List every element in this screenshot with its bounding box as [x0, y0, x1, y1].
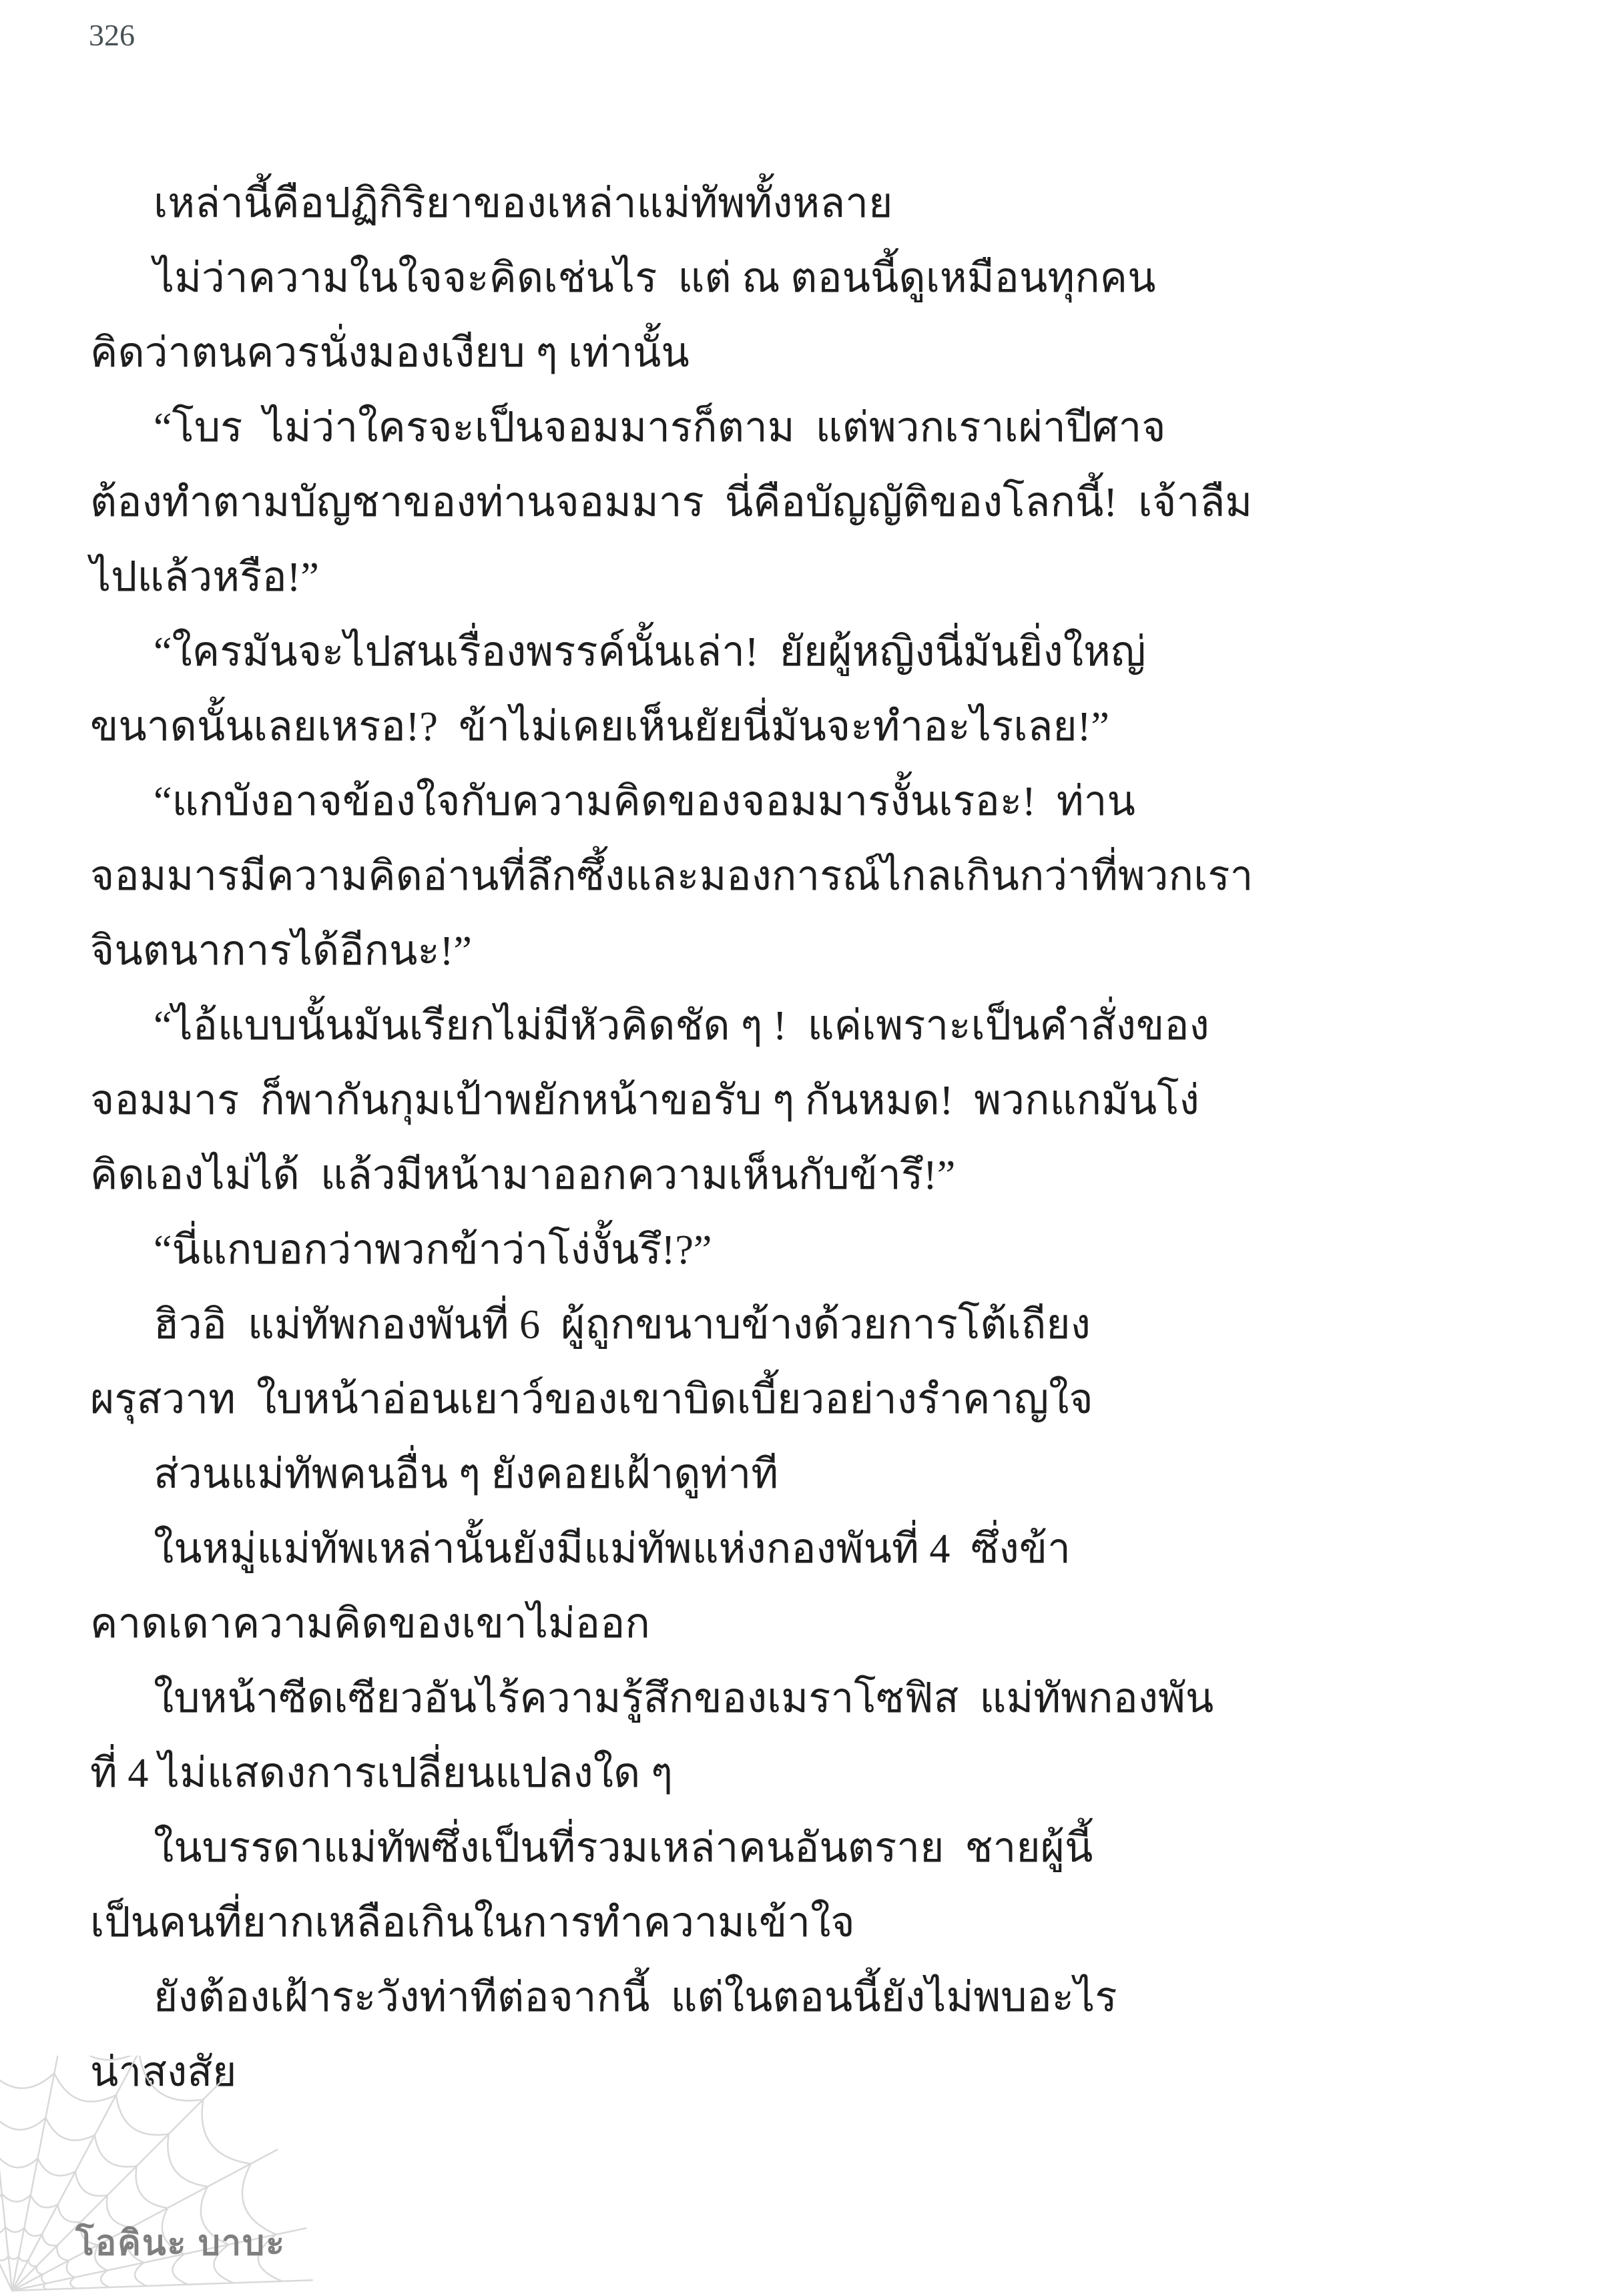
text-line: ในหมู่แม่ทัพเหล่านั้นยังมีแม่ทัพแห่งกองพ…	[90, 1512, 1539, 1587]
text-line: ที่ 4 ไม่แสดงการเปลี่ยนแปลงใด ๆ	[90, 1736, 1539, 1811]
text-line: เหล่านี้คือปฏิกิริยาของเหล่าแม่ทัพทั้งหล…	[90, 166, 1539, 241]
text-line: ขนาดนั้นเลยเหรอ!? ข้าไม่เคยเห็นยัยนี่มัน…	[90, 689, 1539, 764]
text-line: ผรุสวาท ใบหน้าอ่อนเยาว์ของเขาบิดเบี้ยวอย…	[90, 1362, 1539, 1437]
text-line: “โบร ไม่ว่าใครจะเป็นจอมมารก็ตาม แต่พวกเร…	[90, 390, 1539, 465]
text-line: ใบหน้าซีดเซียวอันไร้ความรู้สึกของเมราโซฟ…	[90, 1661, 1539, 1736]
text-line: ยังต้องเฝ้าระวังท่าทีต่อจากนี้ แต่ในตอนน…	[90, 1960, 1539, 2035]
text-line: ไปแล้วหรือ!”	[90, 540, 1539, 615]
text-line: “แกบังอาจข้องใจกับความคิดของจอมมารงั้นเร…	[90, 764, 1539, 839]
text-line: เป็นคนที่ยากเหลือเกินในการทำความเข้าใจ	[90, 1886, 1539, 1960]
text-line: ส่วนแม่ทัพคนอื่น ๆ ยังคอยเฝ้าดูท่าที	[90, 1437, 1539, 1512]
text-line: คิดเองไม่ได้ แล้วมีหน้ามาออกความเห็นกับข…	[90, 1138, 1539, 1213]
text-line: น่าสงสัย	[90, 2035, 1539, 2110]
text-line: ฮิวอิ แม่ทัพกองพันที่ 6 ผู้ถูกขนาบข้างด้…	[90, 1287, 1539, 1362]
text-line: คิดว่าตนควรนั่งมองเงียบ ๆ เท่านั้น	[90, 316, 1539, 390]
text-line: ไม่ว่าความในใจจะคิดเช่นไร แต่ ณ ตอนนี้ดู…	[90, 241, 1539, 316]
text-line: จอมมาร ก็พากันกุมเป้าพยักหน้าขอรับ ๆ กัน…	[90, 1063, 1539, 1138]
page-number: 326	[89, 17, 135, 53]
author-signature: โอคินะ บาบะ	[75, 2215, 286, 2270]
text-line: “ใครมันจะไปสนเรื่องพรรค์นั้นเล่า! ยัยผู้…	[90, 615, 1539, 689]
text-body: เหล่านี้คือปฏิกิริยาของเหล่าแม่ทัพทั้งหล…	[90, 166, 1539, 2110]
text-line: ต้องทำตามบัญชาของท่านจอมมาร นี่คือบัญญัต…	[90, 465, 1539, 540]
text-line: จอมมารมีความคิดอ่านที่ลึกซึ้งและมองการณ์…	[90, 839, 1539, 914]
book-page: { "page": { "number": "326", "author_sig…	[0, 0, 1612, 2296]
text-line: “ไอ้แบบนั้นมันเรียกไม่มีหัวคิดชัด ๆ ! แค…	[90, 988, 1539, 1063]
text-line: คาดเดาความคิดของเขาไม่ออก	[90, 1587, 1539, 1661]
text-line: ในบรรดาแม่ทัพซึ่งเป็นที่รวมเหล่าคนอันตรา…	[90, 1811, 1539, 1886]
text-line: “นี่แกบอกว่าพวกข้าว่าโง่งั้นรึ!?”	[90, 1213, 1539, 1287]
text-line: จินตนาการได้อีกนะ!”	[90, 914, 1539, 988]
